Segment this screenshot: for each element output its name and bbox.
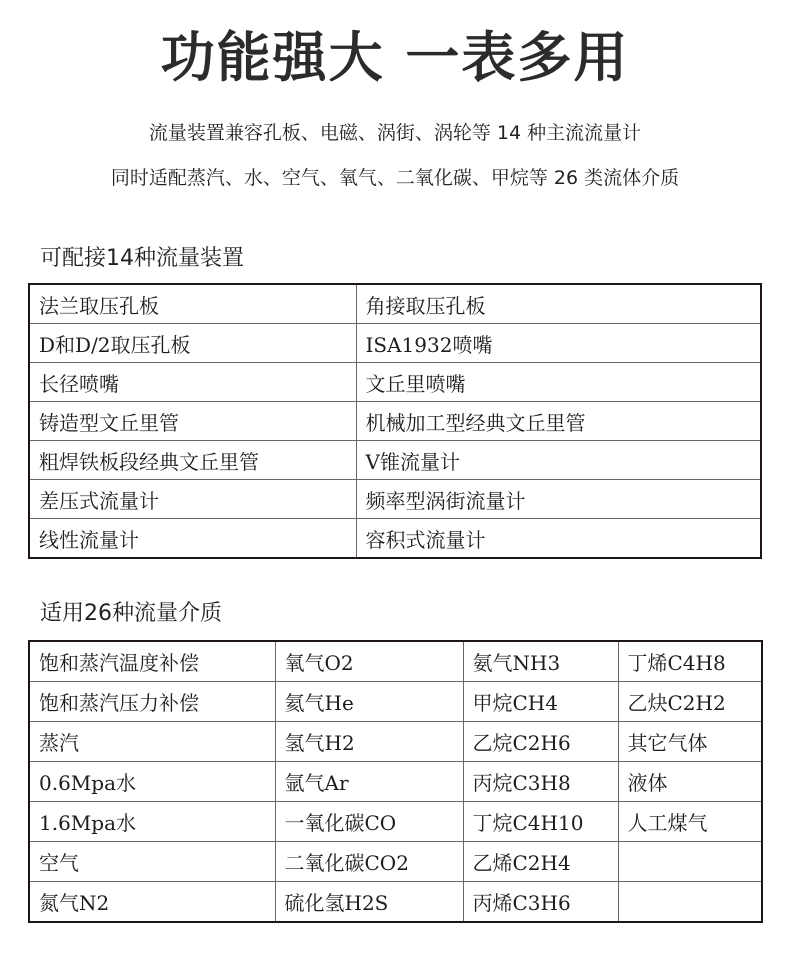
devices-table: 法兰取压孔板 角接取压孔板 D和D/2取压孔板 ISA1932喷嘴 长径喷嘴 文… [28, 283, 762, 559]
table-cell: 其它气体 [618, 722, 762, 762]
table-cell: 二氧化碳CO2 [275, 842, 463, 882]
table-cell: 乙炔C2H2 [618, 682, 762, 722]
table-row: 线性流量计 容积式流量计 [29, 519, 761, 559]
table-cell: 氨气NH3 [463, 641, 618, 682]
media-table: 饱和蒸汽温度补偿 氧气O2 氨气NH3 丁烯C4H8 饱和蒸汽压力补偿 氦气He… [28, 640, 763, 923]
table-cell: 乙烯C2H4 [463, 842, 618, 882]
table-row: 粗焊铁板段经典文丘里管 V锥流量计 [29, 441, 761, 480]
table-cell: 丁烷C4H10 [463, 802, 618, 842]
table-row: 饱和蒸汽温度补偿 氧气O2 氨气NH3 丁烯C4H8 [29, 641, 762, 682]
table-cell: 氧气O2 [275, 641, 463, 682]
table-row: 饱和蒸汽压力补偿 氦气He 甲烷CH4 乙炔C2H2 [29, 682, 762, 722]
table-cell: 氩气Ar [275, 762, 463, 802]
page-title: 功能强大 一表多用 [0, 26, 790, 90]
table-row: 1.6Mpa水 一氧化碳CO 丁烷C4H10 人工煤气 [29, 802, 762, 842]
table-cell: D和D/2取压孔板 [29, 324, 356, 363]
table-cell: 丙烷C3H8 [463, 762, 618, 802]
table-cell: 硫化氢H2S [275, 882, 463, 923]
table-cell: 饱和蒸汽温度补偿 [29, 641, 275, 682]
table-cell: 差压式流量计 [29, 480, 356, 519]
table-cell [618, 842, 762, 882]
media-section-label: 适用26种流量介质 [40, 600, 222, 628]
table-cell: 丁烯C4H8 [618, 641, 762, 682]
table-row: 差压式流量计 频率型涡街流量计 [29, 480, 761, 519]
table-cell: 乙烷C2H6 [463, 722, 618, 762]
table-row: 空气 二氧化碳CO2 乙烯C2H4 [29, 842, 762, 882]
table-cell: 蒸汽 [29, 722, 275, 762]
table-cell: 氮气N2 [29, 882, 275, 923]
table-cell: 机械加工型经典文丘里管 [356, 402, 761, 441]
table-cell: 液体 [618, 762, 762, 802]
table-cell: 一氧化碳CO [275, 802, 463, 842]
table-row: 蒸汽 氢气H2 乙烷C2H6 其它气体 [29, 722, 762, 762]
devices-section-label: 可配接14种流量装置 [40, 245, 244, 273]
table-cell: 频率型涡街流量计 [356, 480, 761, 519]
table-cell: V锥流量计 [356, 441, 761, 480]
table-cell: 粗焊铁板段经典文丘里管 [29, 441, 356, 480]
table-cell: 长径喷嘴 [29, 363, 356, 402]
table-cell: 空气 [29, 842, 275, 882]
table-cell: 饱和蒸汽压力补偿 [29, 682, 275, 722]
table-row: 0.6Mpa水 氩气Ar 丙烷C3H8 液体 [29, 762, 762, 802]
table-cell: 氦气He [275, 682, 463, 722]
table-row: D和D/2取压孔板 ISA1932喷嘴 [29, 324, 761, 363]
table-cell [618, 882, 762, 923]
table-cell: 铸造型文丘里管 [29, 402, 356, 441]
table-row: 长径喷嘴 文丘里喷嘴 [29, 363, 761, 402]
table-cell: 0.6Mpa水 [29, 762, 275, 802]
table-row: 铸造型文丘里管 机械加工型经典文丘里管 [29, 402, 761, 441]
table-cell: 容积式流量计 [356, 519, 761, 559]
table-row: 法兰取压孔板 角接取压孔板 [29, 284, 761, 324]
table-cell: 人工煤气 [618, 802, 762, 842]
table-row: 氮气N2 硫化氢H2S 丙烯C3H6 [29, 882, 762, 923]
table-cell: 1.6Mpa水 [29, 802, 275, 842]
table-cell: 法兰取压孔板 [29, 284, 356, 324]
table-cell: 氢气H2 [275, 722, 463, 762]
table-cell: 丙烯C3H6 [463, 882, 618, 923]
table-cell: 文丘里喷嘴 [356, 363, 761, 402]
table-cell: 甲烷CH4 [463, 682, 618, 722]
table-cell: 线性流量计 [29, 519, 356, 559]
table-cell: ISA1932喷嘴 [356, 324, 761, 363]
table-cell: 角接取压孔板 [356, 284, 761, 324]
subtitle-line-1: 流量装置兼容孔板、电磁、涡街、涡轮等 14 种主流流量计 [0, 120, 790, 146]
subtitle-line-2: 同时适配蒸汽、水、空气、氧气、二氧化碳、甲烷等 26 类流体介质 [0, 165, 790, 191]
